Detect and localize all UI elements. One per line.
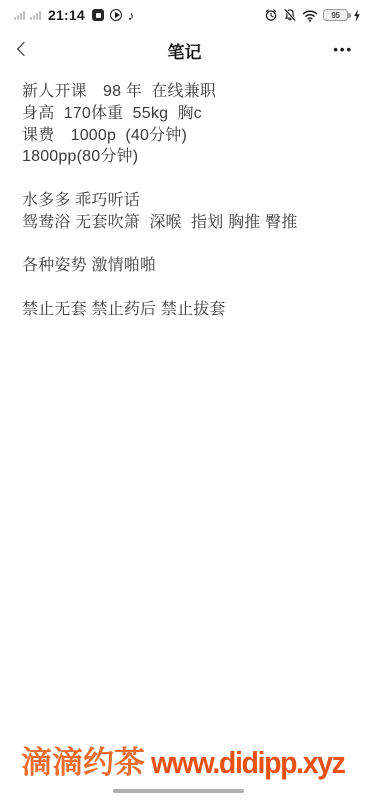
note-line: 各种姿势 激情啪啪 (22, 255, 361, 277)
note-content: 新人开课 98 年 在线兼职身高 170体重 55kg 胸c课费 1000p (… (22, 81, 361, 321)
mute-bell-icon (283, 8, 297, 22)
more-menu-icon[interactable]: ••• (333, 38, 353, 60)
note-line (22, 277, 361, 299)
signal-bars-sim2-icon (30, 10, 41, 20)
grid-app-notification-icon (92, 9, 105, 22)
music-note-notification-icon: ♪ (128, 9, 135, 22)
note-line: 1800pp(80分钟) (22, 146, 361, 168)
charging-bolt-icon (353, 9, 361, 22)
nav-bar: 笔记 ••• (0, 28, 369, 70)
battery-icon: 95 (323, 9, 348, 21)
page-title: 笔记 (0, 38, 369, 63)
home-indicator-bar[interactable] (113, 789, 244, 793)
watermark-url: www.didipp.xyz (151, 743, 345, 783)
note-line (22, 168, 361, 190)
note-line: 课费 1000p (40分钟) (22, 125, 361, 147)
wifi-icon (302, 9, 318, 22)
note-line: 新人开课 98 年 在线兼职 (22, 81, 361, 103)
watermark: 滴滴约茶www.didipp.xyz (21, 743, 361, 789)
status-bar: 21:14 ♪ (0, 0, 369, 28)
note-line: 禁止无套 禁止药后 禁止拔套 (22, 299, 361, 321)
alarm-clock-icon (264, 8, 278, 22)
note-line (22, 234, 361, 256)
clock-time: 21:14 (48, 7, 85, 23)
status-left: 21:14 ♪ (14, 7, 134, 23)
note-line: 水多多 乖巧听话 (22, 190, 361, 212)
note-line: 鸳鸯浴 无套吹箫 深喉 指划 胸推 臀推 (22, 212, 361, 234)
watermark-brand: 滴滴约茶 (21, 745, 145, 780)
note-line: 身高 170体重 55kg 胸c (22, 103, 361, 125)
battery-percent: 95 (331, 11, 339, 20)
play-circle-notification-icon (110, 9, 123, 22)
status-right: 95 (264, 8, 361, 22)
phone-screen: 21:14 ♪ (0, 0, 369, 800)
signal-bars-sim1-icon (14, 10, 25, 20)
